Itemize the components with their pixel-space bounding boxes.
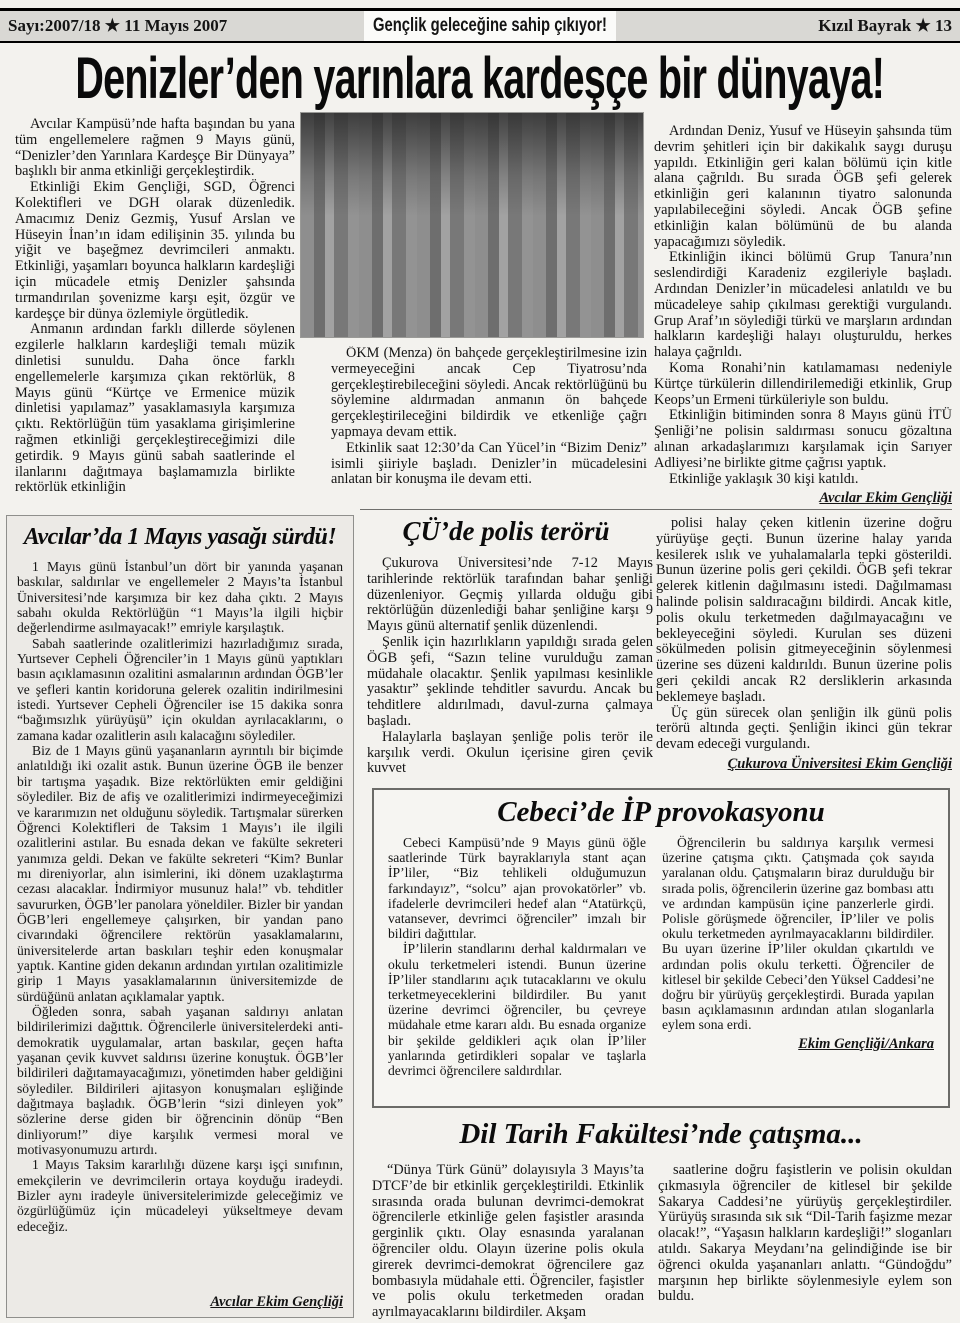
section-divider-rule [360,509,952,510]
masthead-issue: Sayı:2007/18 ★ 11 Mayıs 2007 [0,11,364,41]
anma-article-column-2: ÖKM (Menza) ön bahçede gerçekleştirilmes… [331,346,647,514]
paragraph: Öğleden sonra, sabah yaşanan saldırıyı a… [17,1004,343,1157]
paragraph: Çukurova Üniversitesi’nde 7-12 Mayıs tar… [367,556,653,635]
avcilar-article-text: 1 Mayıs günü İstanbul’un dört bir yanınd… [17,559,343,1291]
cebeci-article-column-1: Cebeci Kampüsü’nde 9 Mayıs günü öğle saa… [388,835,646,1087]
paragraph: Etkinliği Ekim Gençliği, SGD, Öğrenci Ko… [15,180,295,322]
diltarih-article-column-1: “Dünya Türk Günü” dolayısıyla 3 Mayıs’ta… [372,1163,644,1323]
avcilar-article-signature: Avcılar Ekim Gençliği [17,1294,343,1311]
main-headline: Denizler’den yarınlara kardeşçe bir düny… [0,42,960,114]
paragraph: Üç gün sürecek olan şenliğin ilk günü po… [656,706,952,753]
anma-article-column-3: Ardından Deniz, Yusuf ve Hüseyin şahsınd… [654,124,952,487]
newspaper-page: { "masthead": { "issue": "Sayı:2007/18 ★… [0,0,960,1323]
paragraph: İP’lilerin standlarını derhal kaldırmala… [388,941,646,1078]
paragraph: Etkinliğin ikinci bölümü Grup Tanura’nın… [654,250,952,361]
anma-article-column-1: Avcılar Kampüsü’nde hafta başından bu ya… [15,117,295,512]
diltarih-article-heading: Dil Tarih Fakültesi’nde çatışma... [372,1118,950,1151]
paragraph: Anmanın ardından farklı dillerde söylene… [15,322,295,496]
paragraph: Biz de 1 Mayıs günü yaşananların ayrıntı… [17,743,343,1004]
paragraph: “Dünya Türk Günü” dolayısıyla 3 Mayıs’ta… [372,1163,644,1321]
cu-article-signature: Çukurova Üniversitesi Ekim Gençliği [656,756,952,773]
paragraph: Ardından Deniz, Yusuf ve Hüseyin şahsınd… [654,124,952,250]
paragraph: Halaylarla başlayan şenliğe polis terör … [367,730,653,777]
cu-article-heading: ÇÜ’de polis terörü [365,516,647,547]
paragraph: Şenlik için hazırlıkların yapıldığı sıra… [367,635,653,730]
masthead-slogan: Gençlik geleceğine sahip çıkıyor! [364,11,616,41]
cebeci-article-box: Cebeci’de İP provokasyonu Cebeci Kampüsü… [372,788,950,1108]
paragraph: Öğrencilerin bu saldırıya karşılık verme… [662,835,934,1033]
cu-article-column-1: Çukurova Üniversitesi’nde 7-12 Mayıs tar… [367,556,653,778]
masthead-slogan-text: Gençlik geleceğine sahip çıkıyor! [373,15,607,37]
paragraph: Etkinliğin bitiminden sonra 8 Mayıs günü… [654,408,952,471]
cebeci-article-column-2-wrap: Öğrencilerin bu saldırıya karşılık verme… [662,835,934,1087]
paragraph: Sabah saatlerinde ozalitlerimizi hazırla… [17,636,343,743]
cebeci-article-signature: Ekim Gençliği/Ankara [662,1036,934,1053]
event-photo [300,112,644,338]
paragraph: Etkinlik saat 12:30’da Can Yücel’in “Biz… [331,441,647,488]
paragraph: 1 Mayıs günü İstanbul’un dört bir yanınd… [17,559,343,636]
diltarih-article-column-2: saatlerine doğru faşistlerin ve polisin … [658,1163,952,1323]
avcilar-article-heading: Avcılar’da 1 Mayıs yasağı sürdü! [17,524,343,551]
cu-article-column-2-wrap: polisi halay çeken kitlenin üzerine doğr… [656,516,952,778]
cebeci-article-heading: Cebeci’de İP provokasyonu [388,796,934,829]
anma-article-column-3-wrap: Ardından Deniz, Yusuf ve Hüseyin şahsınd… [654,124,952,508]
paragraph: Koma Ronahi’nin katılamaması nedeniyle K… [654,361,952,408]
paragraph: Etkinliğe yaklaşık 30 kişi katıldı. [654,472,952,488]
cu-article-column-2: polisi halay çeken kitlenin üzerine doğr… [656,516,952,753]
masthead-paper-name: Kızıl Bayrak ★ 13 [616,11,960,41]
main-headline-text: Denizler’den yarınlara kardeşçe bir düny… [76,45,885,112]
paragraph: Cebeci Kampüsü’nde 9 Mayıs günü öğle saa… [388,835,646,941]
paragraph: Avcılar Kampüsü’nde hafta başından bu ya… [15,117,295,180]
masthead: Sayı:2007/18 ★ 11 Mayıs 2007 Gençlik gel… [0,8,960,43]
avcilar-article-box: Avcılar’da 1 Mayıs yasağı sürdü! 1 Mayıs… [6,515,354,1318]
paragraph: ÖKM (Menza) ön bahçede gerçekleştirilmes… [331,346,647,441]
paragraph: polisi halay çeken kitlenin üzerine doğr… [656,516,952,706]
paragraph: saatlerine doğru faşistlerin ve polisin … [658,1163,952,1305]
anma-article-signature: Avcılar Ekim Gençliği [654,490,952,507]
paragraph: 1 Mayıs Taksim kararlılığı düzene karşı … [17,1157,343,1234]
cebeci-article-column-2: Öğrencilerin bu saldırıya karşılık verme… [662,835,934,1033]
